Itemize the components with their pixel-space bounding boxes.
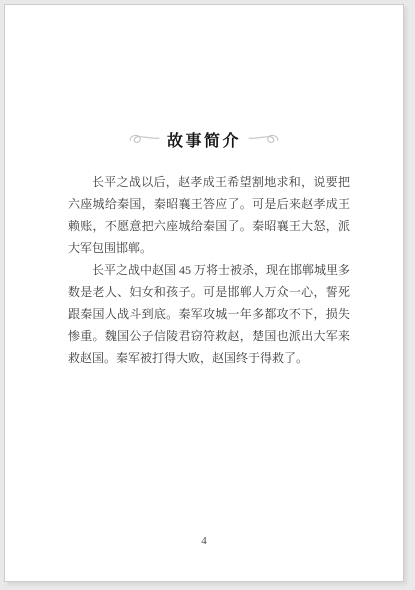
swirl-flourish-right-icon: [248, 132, 279, 152]
document-viewer-canvas: 故事简介 长平之战以后，赵孝成王希望割地求和，说要把六座城给秦国，秦昭襄王答应了…: [0, 0, 415, 590]
story-body: 长平之战以后，赵孝成王希望割地求和，说要把六座城给秦国，秦昭襄王答应了。可是后来…: [68, 171, 350, 369]
section-title-row: 故事简介: [5, 132, 403, 152]
swirl-flourish-left-icon: [129, 132, 160, 152]
page-number: 4: [5, 535, 403, 547]
section-title: 故事简介: [167, 132, 241, 152]
document-page: 故事简介 长平之战以后，赵孝成王希望割地求和，说要把六座城给秦国，秦昭襄王答应了…: [4, 4, 404, 582]
story-paragraph-2: 长平之战中赵国 45 万将士被杀，现在邯郸城里多数是老人、妇女和孩子。可是邯郸人…: [68, 259, 350, 369]
story-paragraph-1: 长平之战以后，赵孝成王希望割地求和，说要把六座城给秦国，秦昭襄王答应了。可是后来…: [68, 171, 350, 259]
